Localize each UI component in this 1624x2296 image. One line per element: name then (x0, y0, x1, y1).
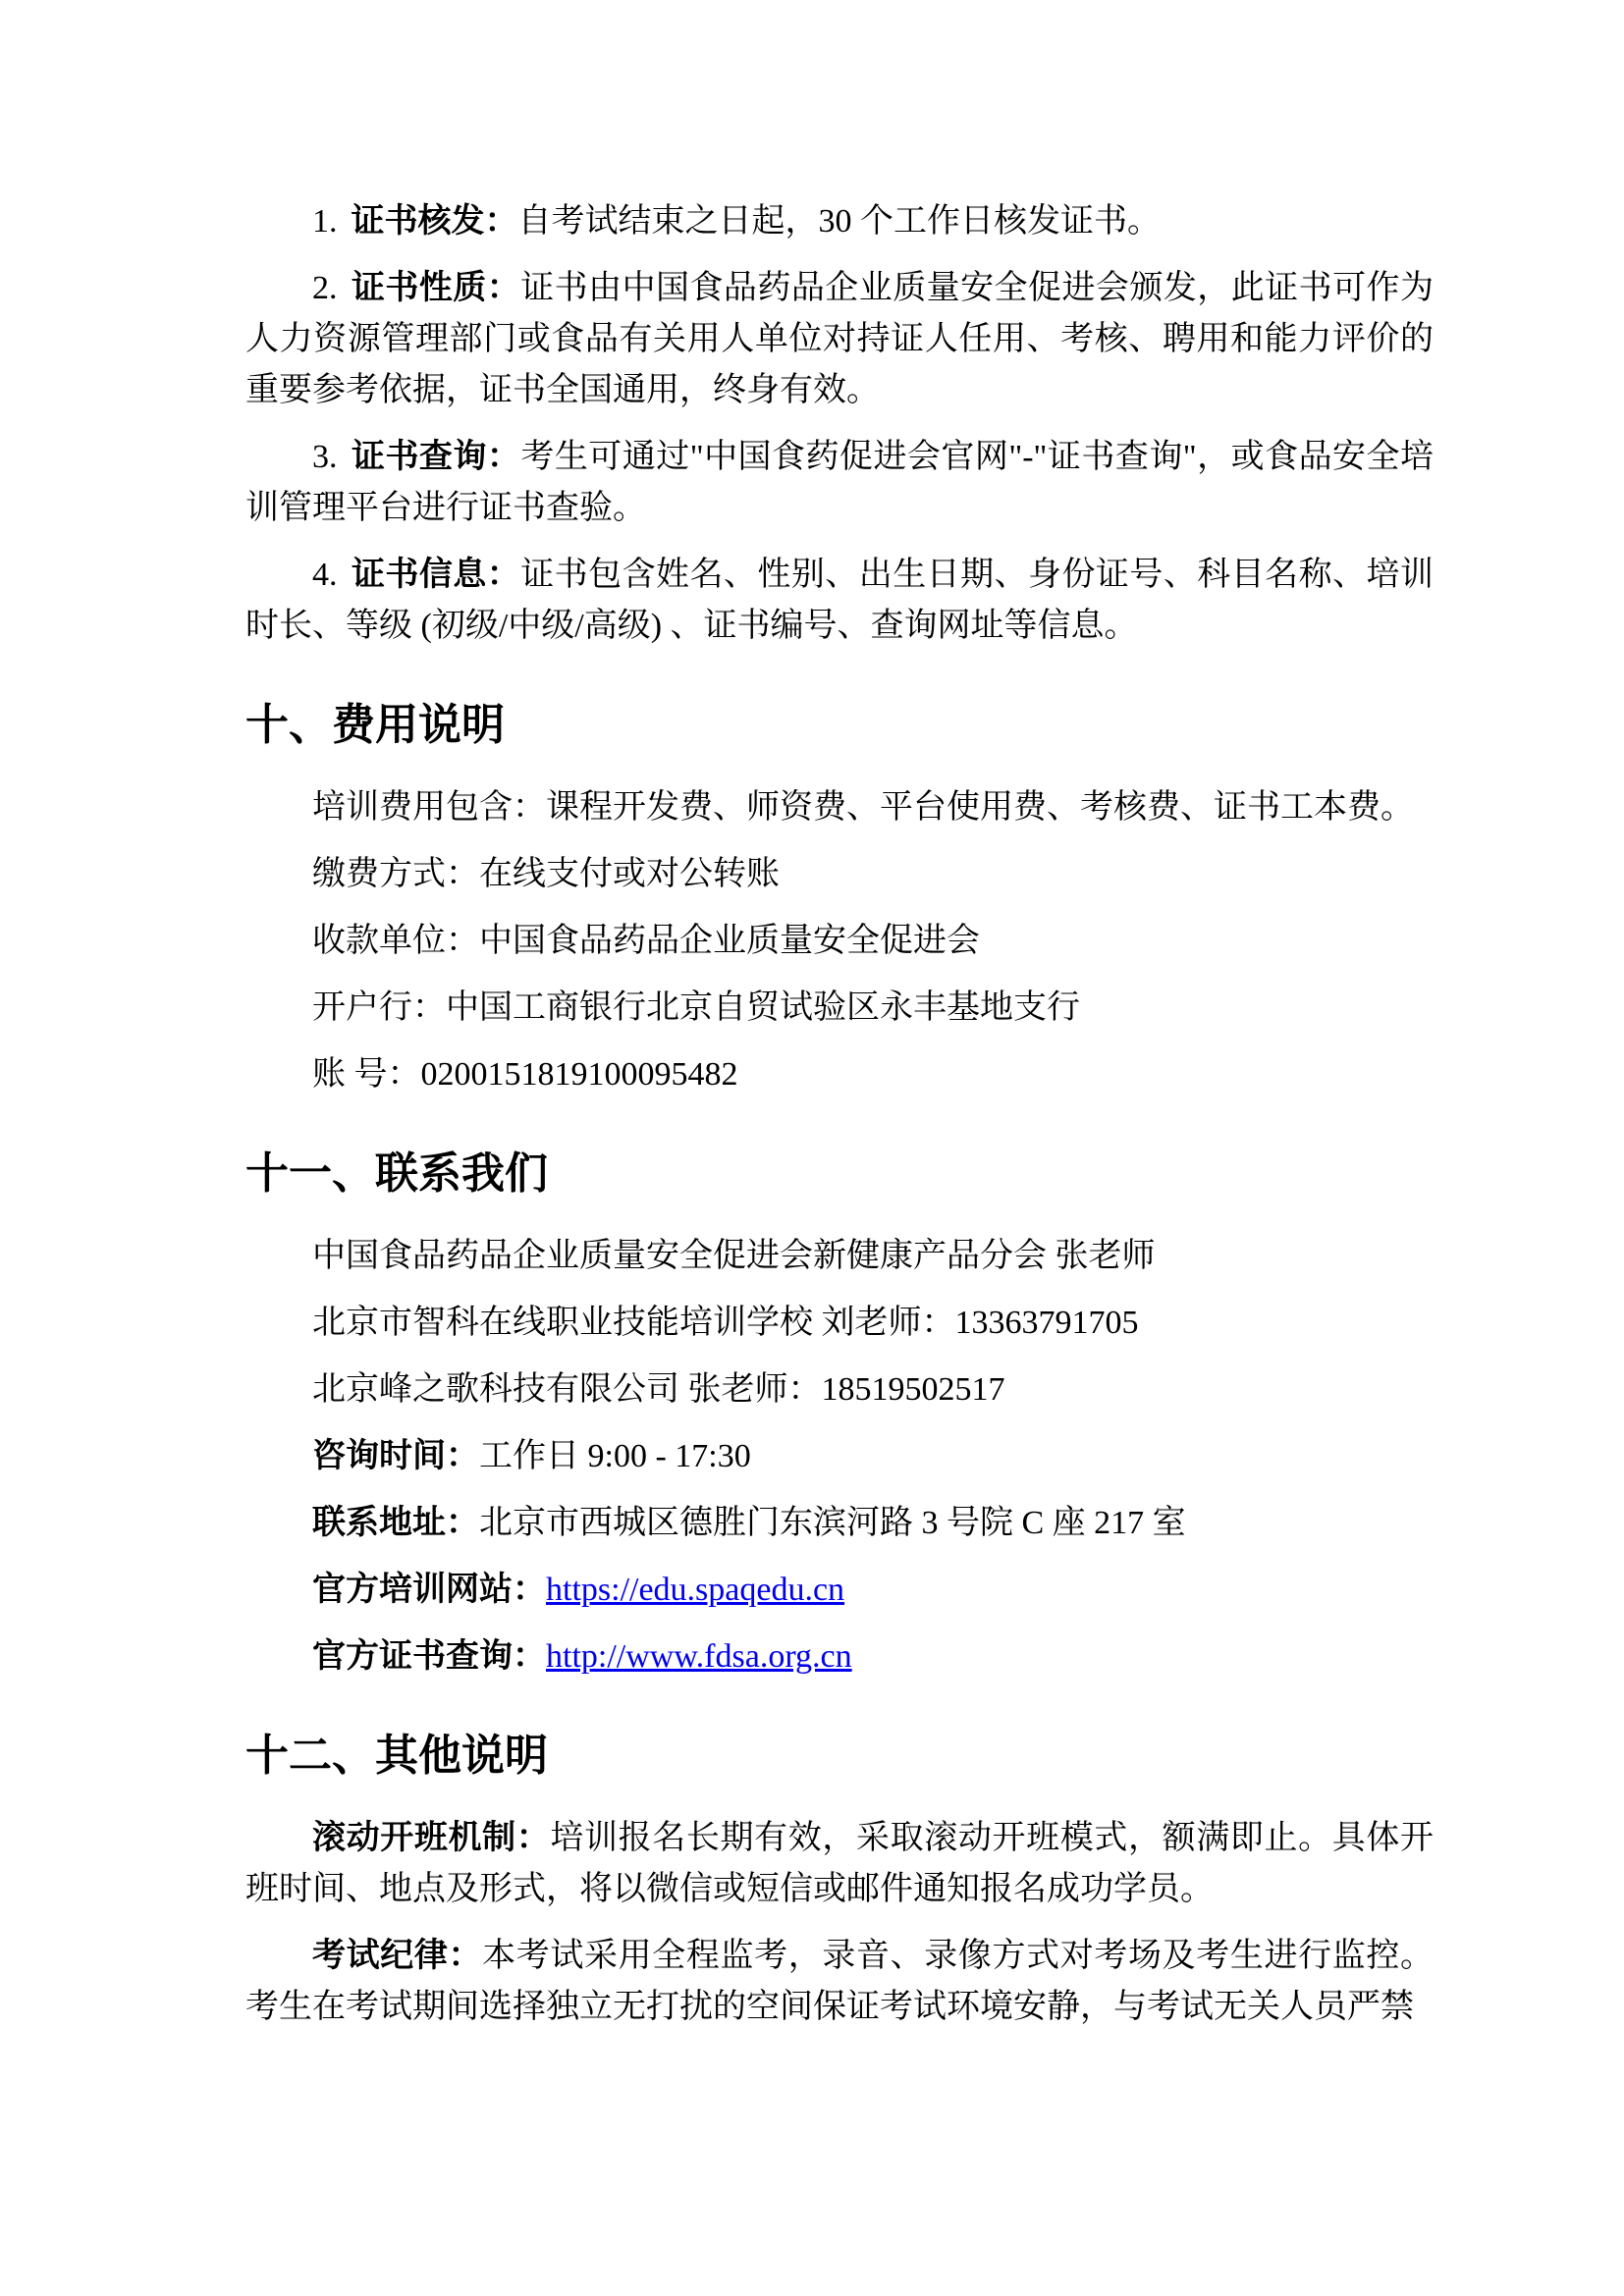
fee-line-payee: 收款单位：中国食品药品企业质量安全促进会 (245, 916, 1434, 967)
item-number: 2. (312, 270, 338, 306)
contact-label: 联系地址： (312, 1505, 479, 1541)
contact-line-training-site: 官方培训网站：https://edu.spaqedu.cn (245, 1565, 1434, 1616)
other-para-exam-discipline: 考试纪律：本考试采用全程监考，录音、录像方式对考场及考生进行监控。考生在考试期间… (245, 1931, 1434, 2033)
item-number: 1. (312, 203, 338, 240)
contact-label: 咨询时间： (312, 1438, 479, 1474)
fee-line-bank: 开户行：中国工商银行北京自贸试验区永丰基地支行 (245, 983, 1434, 1034)
contact-line-hours: 咨询时间：工作日 9:00 - 17:30 (245, 1431, 1434, 1482)
section-heading-contact: 十一、联系我们 (245, 1148, 1434, 1200)
contact-text: 工作日 9:00 - 17:30 (479, 1438, 751, 1474)
contact-line-association: 中国食品药品企业质量安全促进会新健康产品分会 张老师 (245, 1231, 1434, 1282)
item-label: 证书核发： (352, 203, 518, 240)
document-page: 1.证书核发：自考试结束之日起，30 个工作日核发证书。 2.证书性质：证书由中… (0, 0, 1624, 2296)
other-para-rolling-class: 滚动开班机制：培训报名长期有效，采取滚动开班模式，额满即止。具体开班时间、地点及… (245, 1813, 1434, 1915)
para-label: 考试纪律： (312, 1938, 482, 1974)
item-label: 证书性质： (352, 270, 521, 306)
contact-line-address: 联系地址：北京市西城区德胜门东滨河路 3 号院 C 座 217 室 (245, 1498, 1434, 1549)
para-label: 滚动开班机制： (312, 1820, 550, 1856)
item-number: 4. (312, 557, 338, 593)
cert-item-1: 1.证书核发：自考试结束之日起，30 个工作日核发证书。 (245, 196, 1434, 247)
item-number: 3. (312, 439, 338, 475)
fee-line-account-number: 账 号：0200151819100095482 (245, 1049, 1434, 1100)
section-heading-fees: 十、费用说明 (245, 699, 1434, 751)
fee-line-payment-method: 缴费方式：在线支付或对公转账 (245, 849, 1434, 900)
contact-text: 北京市西城区德胜门东滨河路 3 号院 C 座 217 室 (479, 1505, 1186, 1541)
contact-line-company: 北京峰之歌科技有限公司 张老师：18519502517 (245, 1364, 1434, 1415)
cert-item-3: 3.证书查询：考生可通过"中国食药促进会官网"-"证书查询"，或食品安全培训管理… (245, 432, 1434, 534)
item-text: 自考试结束之日起，30 个工作日核发证书。 (518, 203, 1162, 240)
cert-query-link[interactable]: http://www.fdsa.org.cn (546, 1638, 852, 1675)
fee-line-includes: 培训费用包含：课程开发费、师资费、平台使用费、考核费、证书工本费。 (245, 782, 1434, 833)
training-site-link[interactable]: https://edu.spaqedu.cn (546, 1572, 844, 1608)
cert-item-4: 4.证书信息：证书包含姓名、性别、出生日期、身份证号、科目名称、培训时长、等级 … (245, 550, 1434, 652)
section-heading-other: 十二、其他说明 (245, 1730, 1434, 1782)
item-label: 证书查询： (352, 439, 521, 475)
contact-label: 官方证书查询： (312, 1638, 546, 1675)
item-label: 证书信息： (352, 557, 521, 593)
cert-item-2: 2.证书性质：证书由中国食品药品企业质量安全促进会颁发，此证书可作为人力资源管理… (245, 263, 1434, 416)
contact-line-cert-query: 官方证书查询：http://www.fdsa.org.cn (245, 1631, 1434, 1682)
contact-line-school: 北京市智科在线职业技能培训学校 刘老师：13363791705 (245, 1298, 1434, 1349)
contact-label: 官方培训网站： (312, 1572, 546, 1608)
